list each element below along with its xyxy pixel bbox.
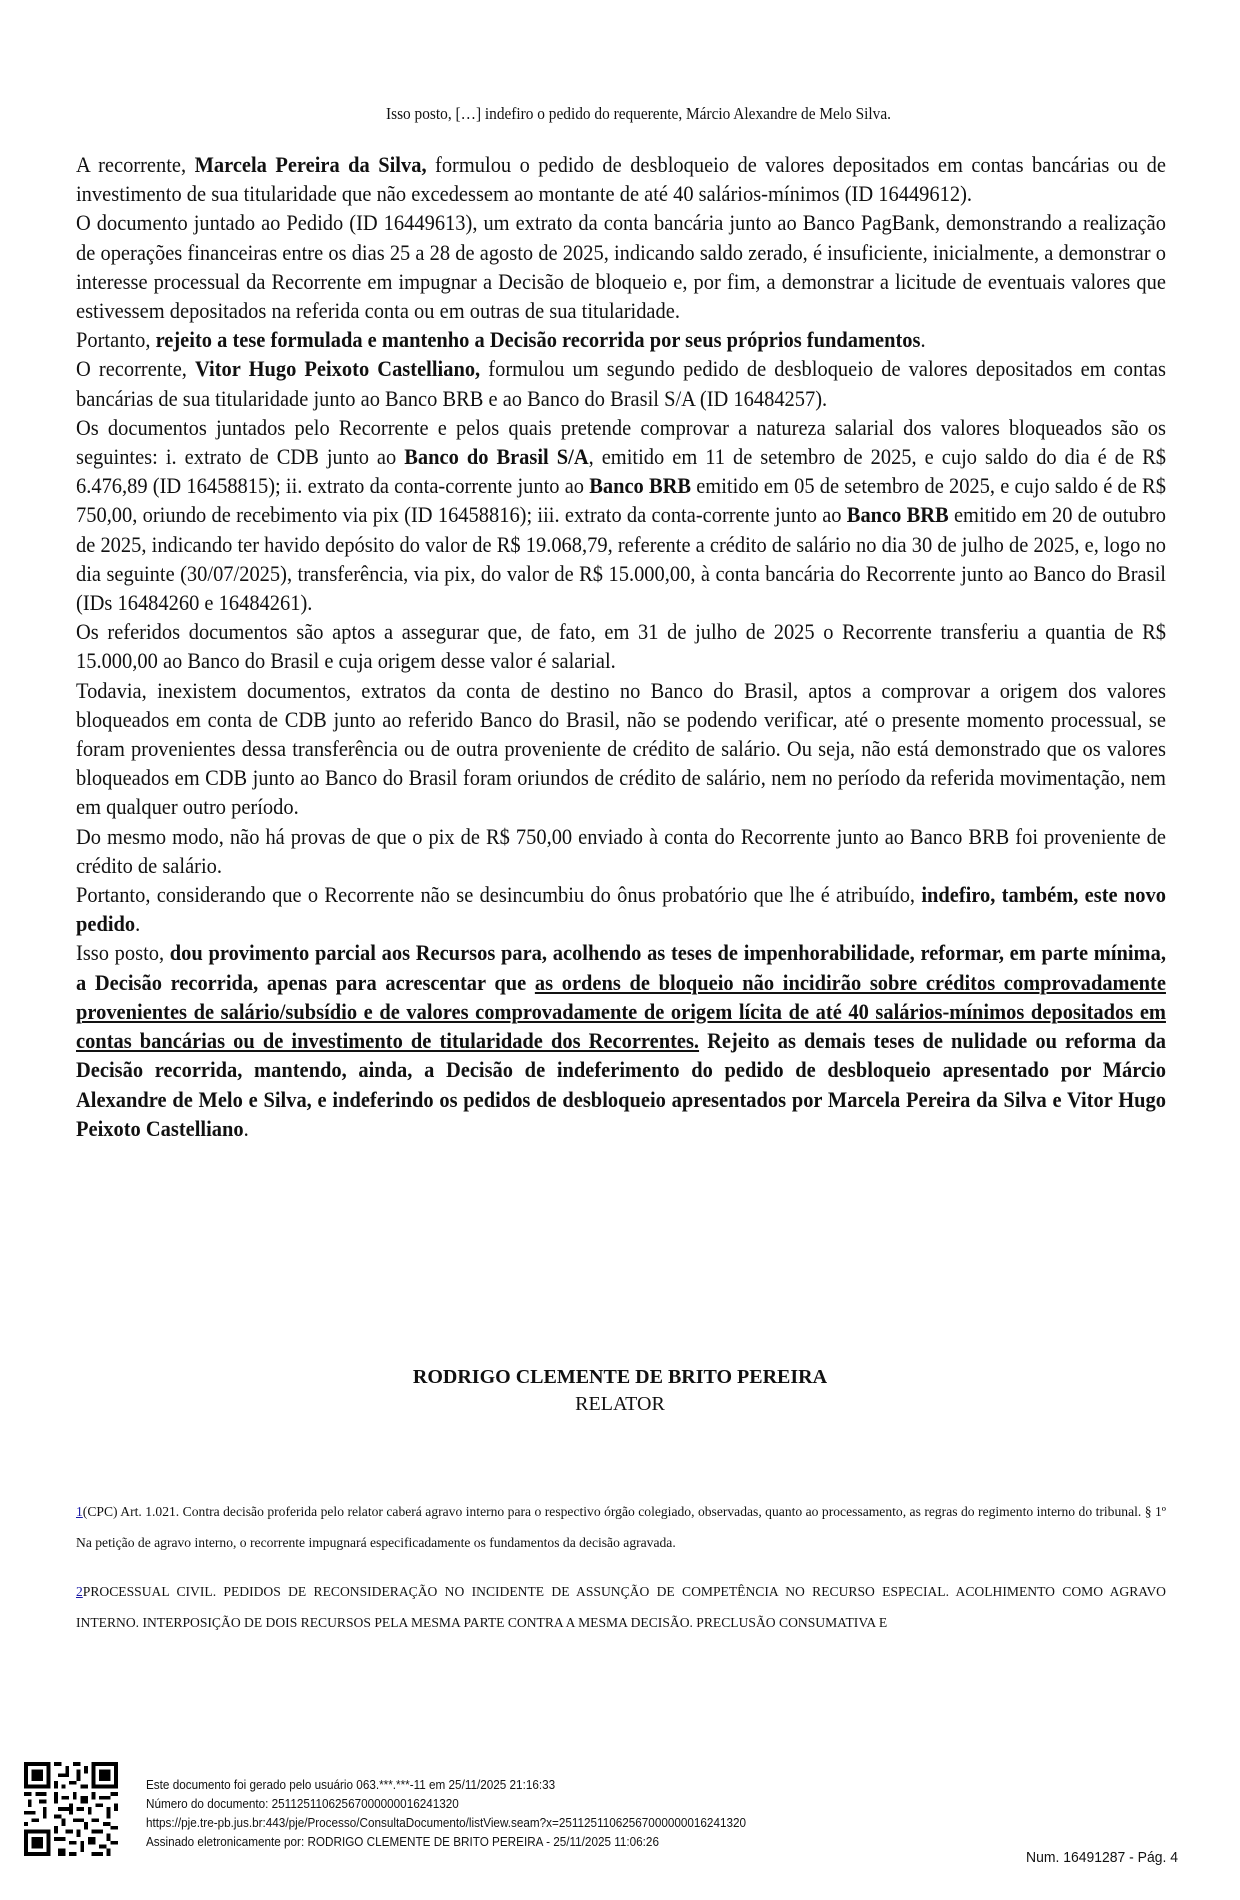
footnote-2: 2PROCESSUAL CIVIL. PEDIDOS DE RECONSIDER… (76, 1576, 1166, 1638)
paragraph-vitor-request: O recorrente, Vitor Hugo Peixoto Castell… (76, 354, 1166, 412)
document-number: Número do documento: 2511251106256700000… (146, 1795, 746, 1814)
footnote-ref-link[interactable]: 1 (76, 1504, 83, 1519)
document-url[interactable]: https://pje.tre-pb.jus.br:443/pje/Proces… (146, 1814, 746, 1833)
paragraph-rejection: Portanto, rejeito a tese formulada e man… (76, 325, 1166, 354)
page-number: Num. 16491287 - Pág. 4 (1026, 1849, 1178, 1866)
party-name: Marcela Pereira da Silva, (195, 152, 427, 177)
electronic-signature-stamp: Este documento foi gerado pelo usuário 0… (146, 1776, 746, 1852)
paragraph-document-analysis: O documento juntado ao Pedido (ID 164496… (76, 208, 1166, 325)
party-name: Vitor Hugo Peixoto Castelliano, (195, 356, 480, 381)
document-page: Isso posto, […] indefiro o pedido do req… (0, 0, 1240, 1900)
paragraph-transfer-proof: Os referidos documentos são aptos a asse… (76, 617, 1166, 675)
paragraph-denial: Portanto, considerando que o Recorrente … (76, 880, 1166, 938)
quoted-decision: Isso posto, […] indefiro o pedido do req… (386, 104, 1056, 124)
signature-block: RODRIGO CLEMENTE DE BRITO PEREIRA RELATO… (0, 1364, 1240, 1418)
document-body: A recorrente, Marcela Pereira da Silva, … (76, 150, 1166, 1143)
generated-by: Este documento foi gerado pelo usuário 0… (146, 1776, 746, 1795)
paragraph-marcela-request: A recorrente, Marcela Pereira da Silva, … (76, 150, 1166, 208)
footnotes: 1(CPC) Art. 1.021. Contra decisão profer… (76, 1496, 1166, 1656)
signer-name: RODRIGO CLEMENTE DE BRITO PEREIRA (0, 1364, 1240, 1391)
paragraph-ruling: Isso posto, dou provimento parcial aos R… (76, 938, 1166, 1142)
footnote-ref-link[interactable]: 2 (76, 1584, 83, 1599)
signer-role: RELATOR (0, 1391, 1240, 1418)
qr-code-icon (24, 1762, 118, 1856)
paragraph-missing-documents: Todavia, inexistem documentos, extratos … (76, 676, 1166, 822)
footnote-1: 1(CPC) Art. 1.021. Contra decisão profer… (76, 1496, 1166, 1558)
signed-by: Assinado eletronicamente por: RODRIGO CL… (146, 1833, 746, 1852)
paragraph-pix-proof: Do mesmo modo, não há provas de que o pi… (76, 822, 1166, 880)
paragraph-documents-list: Os documentos juntados pelo Recorrente e… (76, 413, 1166, 617)
